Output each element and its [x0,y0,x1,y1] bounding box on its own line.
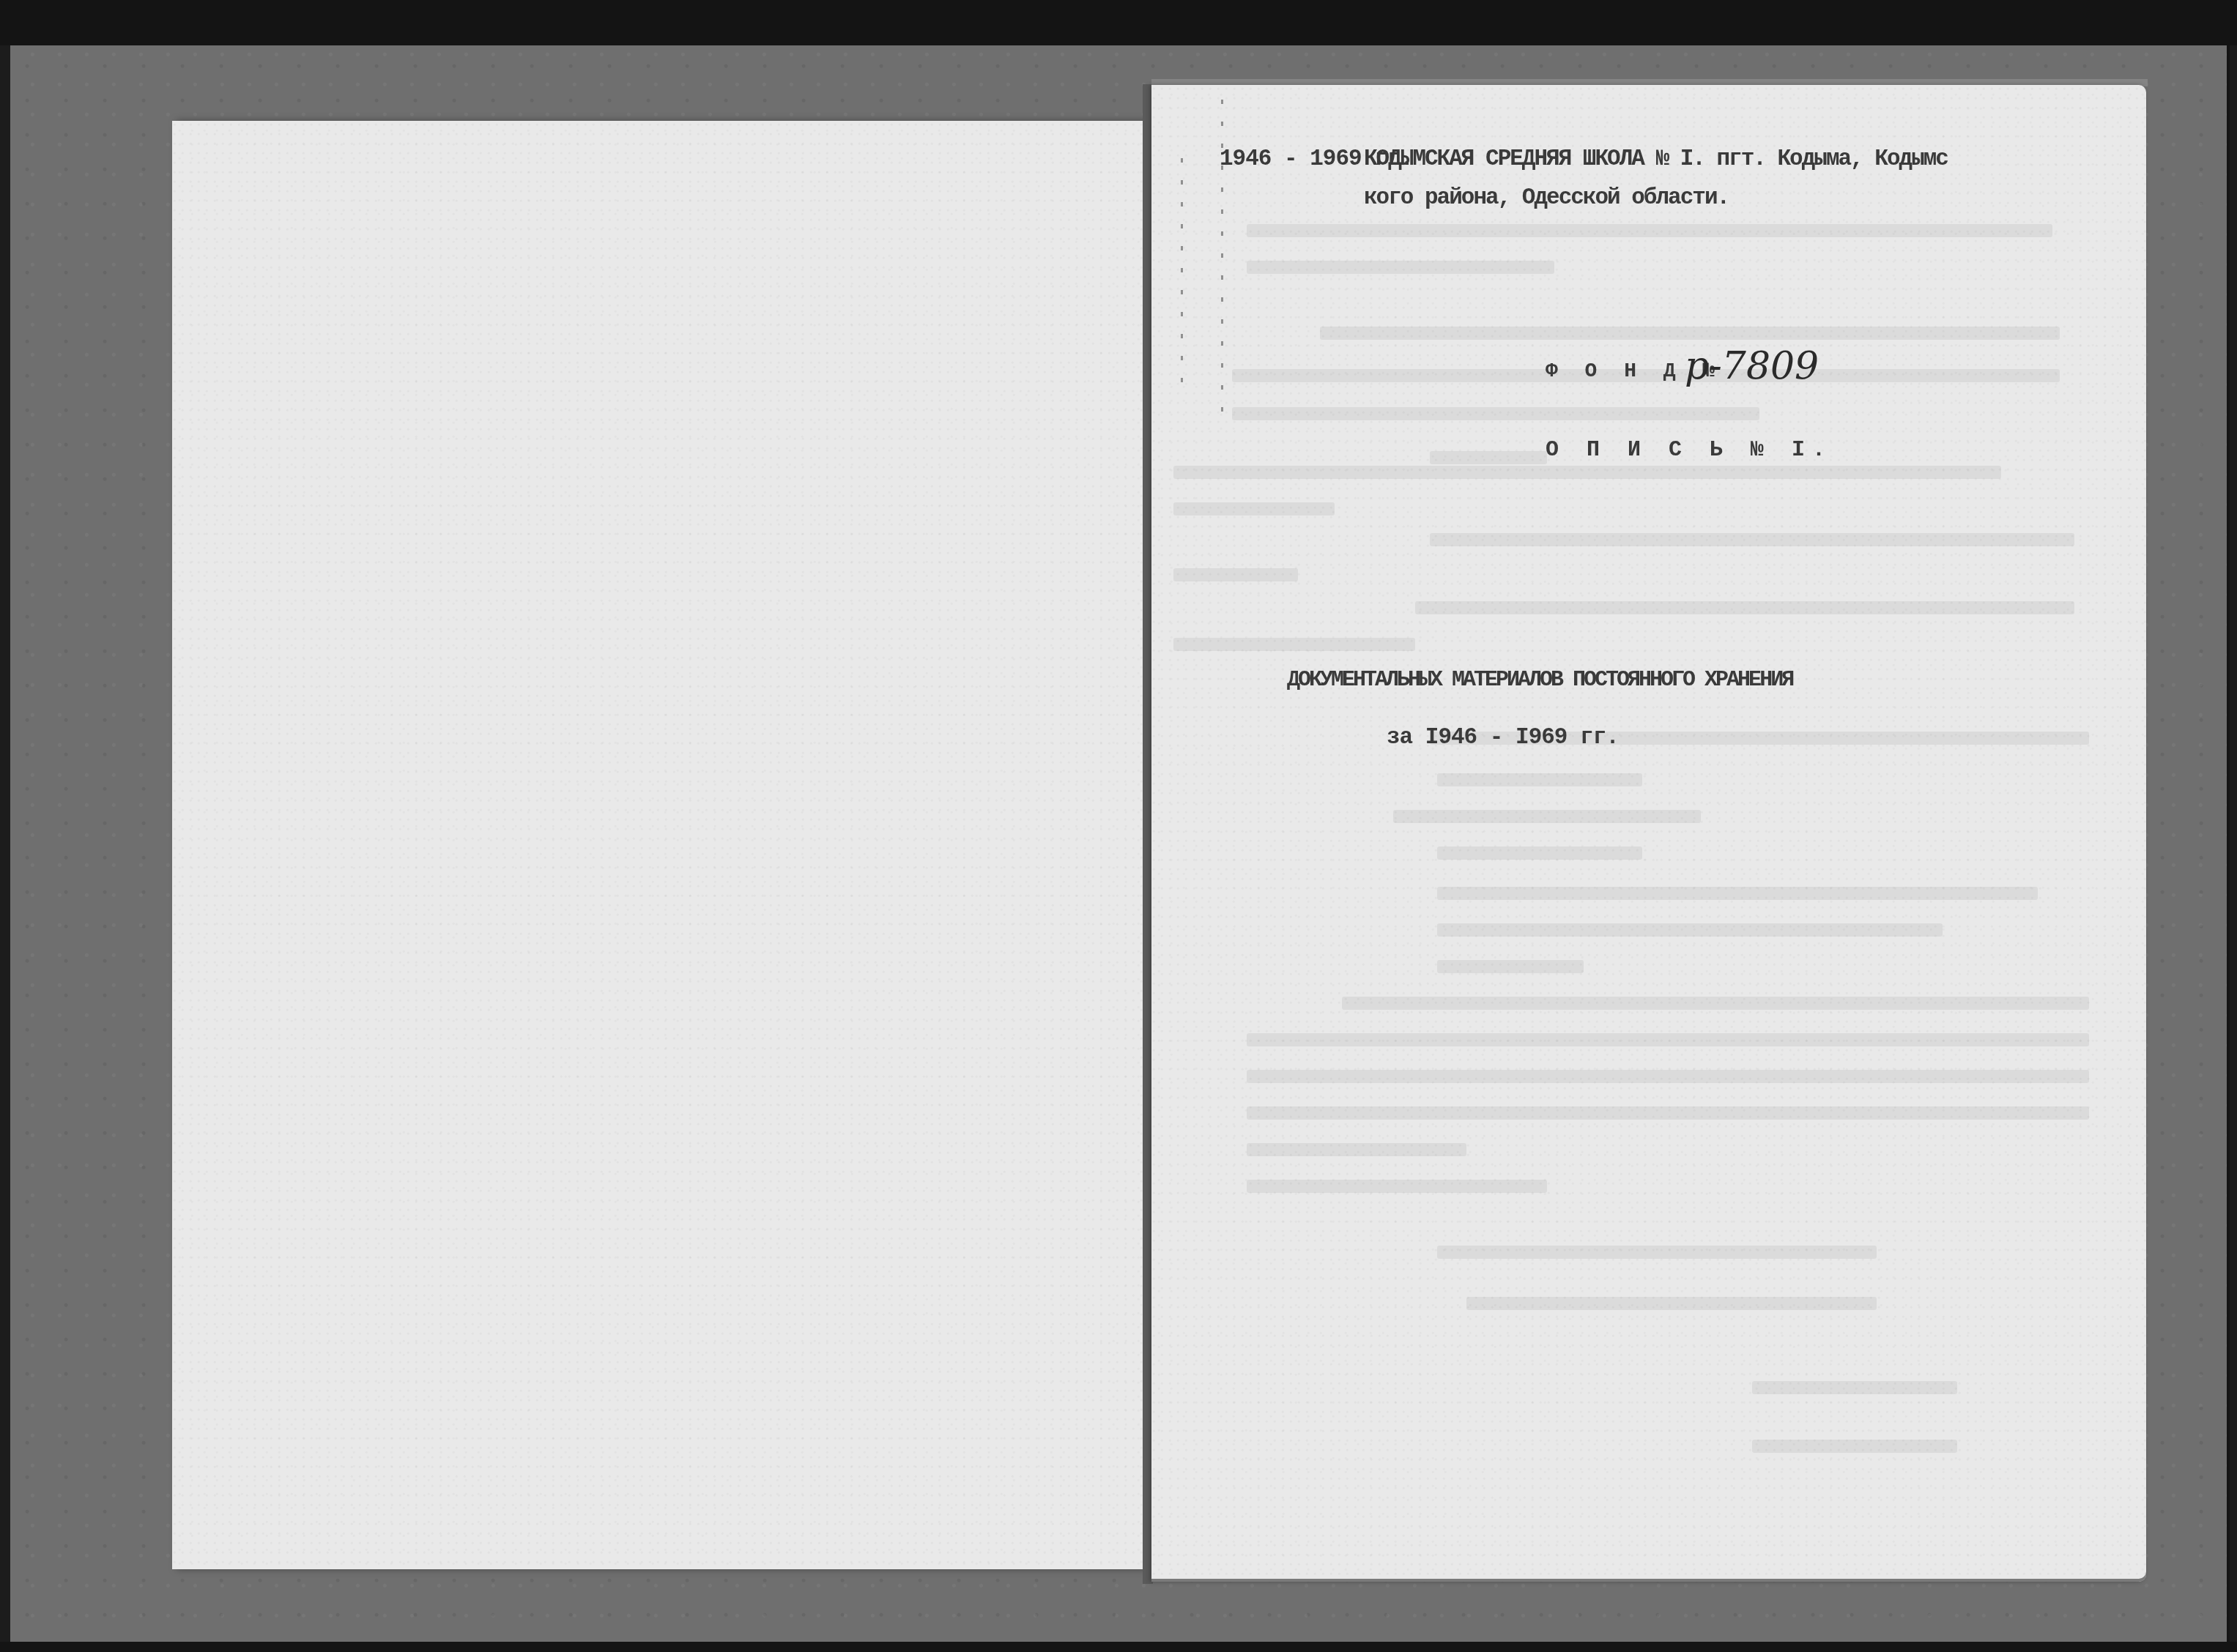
bleed-through-line [1437,1246,1877,1259]
document-period: за I946 - I969 гг. [1387,725,1619,751]
bleed-through-line [1415,601,2074,614]
bleed-through-line [1437,887,2038,900]
left-page [172,121,1143,1569]
opis-label: О П И С Ь № I. [1546,438,1833,463]
document-title: ДОКУМЕНТАЛЬНЫХ МАТЕРИАЛОВ ПОСТОЯННОГО ХР… [1287,668,1792,693]
fond-number-handwritten: р-7809 [1685,344,1819,388]
bleed-through-line [1247,1033,2089,1046]
bleed-through-line [1247,261,1554,274]
bleed-through-line [1430,451,1547,464]
bleed-through-line [1393,810,1701,823]
cover-edge-left [0,45,10,1642]
right-page [1151,85,2146,1582]
bleed-through-line [1752,1440,1957,1453]
bleed-through-line [1232,407,1759,420]
bleed-through-line [1437,773,1642,786]
bleed-through-line [1173,502,1335,516]
bleed-through-line [1752,1381,1957,1394]
bleed-through-line [1173,466,2001,479]
bleed-through-line [1430,533,2074,546]
header-institution-line2: кого района, Одесской области. [1364,185,1729,211]
bleed-through-line [1437,923,1943,937]
header-institution-line1: КОДЫМСКАЯ СРЕДНЯЯ ШКОЛА № I. пгт. Кодыма… [1364,146,1948,172]
bleed-through-line [1247,224,2052,237]
bleed-through-line [1247,1143,1466,1156]
bleed-through-line [1437,960,1584,973]
bleed-through-line [1437,847,1642,860]
cover-edge-right [2230,45,2237,1642]
bleed-through-line [1247,1070,2089,1083]
bleed-through-line [1173,638,1415,651]
bleed-through-line [1342,997,2089,1010]
bleed-through-line [1466,1297,1877,1310]
bleed-through-line [1247,1180,1547,1193]
margin-marks [1181,158,1183,400]
bleed-through-line [1320,327,2060,340]
bleed-through-line [1247,1106,2089,1120]
bleed-through-line [1173,568,1298,581]
